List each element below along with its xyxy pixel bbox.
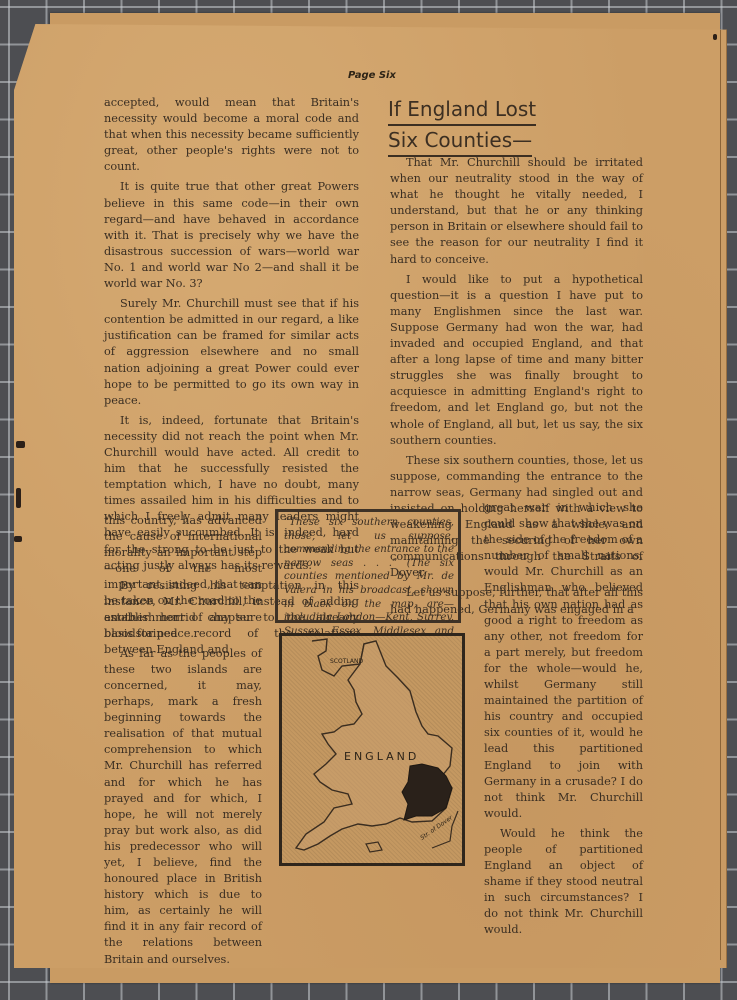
paragraph: I would like to put a hypothetical quest… bbox=[390, 272, 643, 449]
map-caption-box: “These six southern counties, those, let… bbox=[275, 509, 461, 623]
map-label-scotland: SCOTLAND bbox=[330, 658, 363, 665]
article-right-column-low: great war in which she could show that s… bbox=[484, 500, 643, 943]
paragraph: Surely Mr. Churchill must see that if hi… bbox=[104, 296, 359, 409]
paragraph: this country, has advanced the cause of … bbox=[104, 513, 262, 642]
england-map: SCOTLAND ENGLAND Str. of Dover bbox=[279, 633, 465, 866]
page-blemish bbox=[14, 536, 22, 542]
paragraph: Would he think the people of partitioned… bbox=[484, 826, 643, 939]
article-headline: If England Lost Six Counties— bbox=[388, 96, 538, 158]
paragraph: That Mr. Churchill should be irritated w… bbox=[390, 155, 643, 268]
paragraph: great war in which she could show that s… bbox=[484, 500, 643, 822]
map-label-england: ENGLAND bbox=[344, 750, 419, 763]
page-number: Page Six bbox=[348, 70, 396, 81]
page-blemish bbox=[16, 441, 25, 448]
paragraph: As far as the peoples of these two islan… bbox=[104, 646, 262, 968]
map-illustration-icon: SCOTLAND ENGLAND Str. of Dover bbox=[282, 636, 462, 863]
headline-line-1: If England Lost bbox=[388, 96, 536, 126]
paragraph: It is quite true that other great Powers… bbox=[104, 179, 359, 292]
page-blemish bbox=[713, 34, 717, 40]
paragraph: accepted, would mean that Britain's nece… bbox=[104, 95, 359, 175]
headline-line-2: Six Counties— bbox=[388, 127, 532, 157]
page-blemish bbox=[16, 488, 21, 508]
article-left-column-low: this country, has advanced the cause of … bbox=[104, 513, 262, 972]
page-edge bbox=[720, 30, 721, 960]
